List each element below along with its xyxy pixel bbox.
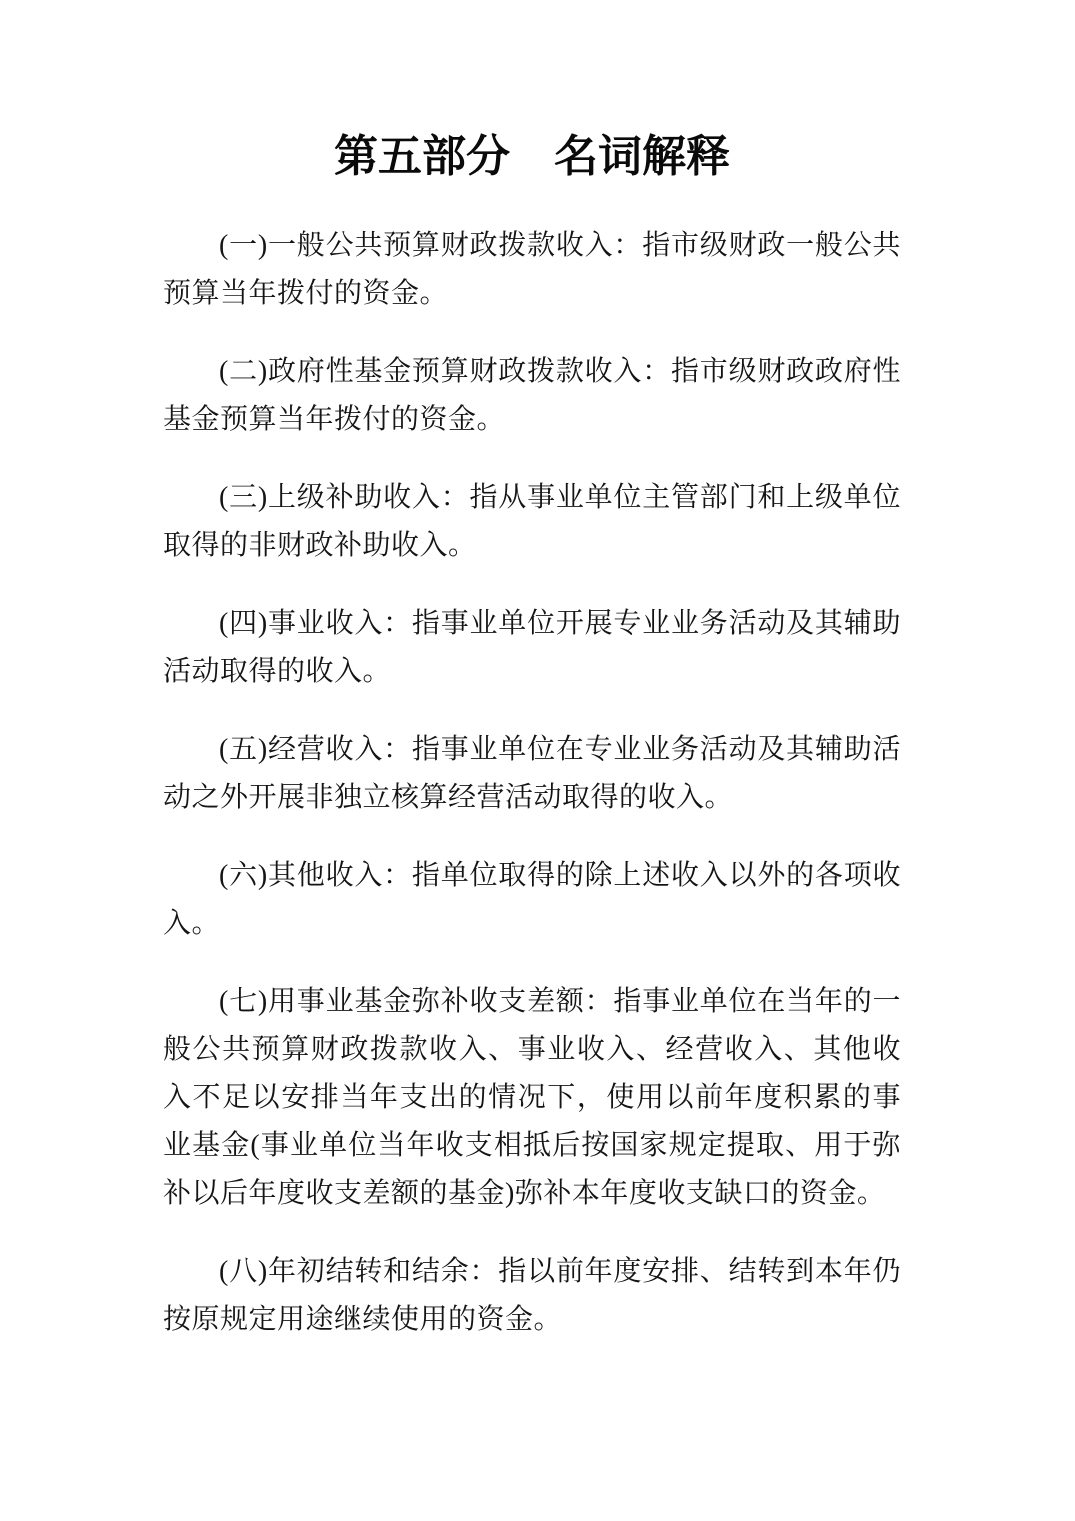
definition-paragraph-5: (五)经营收入：指事业单位在专业业务活动及其辅助活动之外开展非独立核算经营活动取… xyxy=(163,726,901,822)
definition-paragraph-7: (七)用事业基金弥补收支差额：指事业单位在当年的一般公共预算财政拨款收入、事业收… xyxy=(163,978,901,1218)
definition-paragraph-8: (八)年初结转和结余：指以前年度安排、结转到本年仍按原规定用途继续使用的资金。 xyxy=(163,1248,901,1344)
document-title: 第五部分 名词解释 xyxy=(163,130,901,184)
document-content: 第五部分 名词解释 (一)一般公共预算财政拨款收入：指市级财政一般公共预算当年拨… xyxy=(163,0,901,1344)
definitions-list: (一)一般公共预算财政拨款收入：指市级财政一般公共预算当年拨付的资金。 (二)政… xyxy=(163,222,901,1344)
document-page: 第五部分 名词解释 (一)一般公共预算财政拨款收入：指市级财政一般公共预算当年拨… xyxy=(0,0,1075,1521)
definition-paragraph-2: (二)政府性基金预算财政拨款收入：指市级财政政府性基金预算当年拨付的资金。 xyxy=(163,348,901,444)
definition-paragraph-4: (四)事业收入：指事业单位开展专业业务活动及其辅助活动取得的收入。 xyxy=(163,600,901,696)
definition-paragraph-3: (三)上级补助收入：指从事业单位主管部门和上级单位取得的非财政补助收入。 xyxy=(163,474,901,570)
definition-paragraph-6: (六)其他收入：指单位取得的除上述收入以外的各项收入。 xyxy=(163,852,901,948)
definition-paragraph-1: (一)一般公共预算财政拨款收入：指市级财政一般公共预算当年拨付的资金。 xyxy=(163,222,901,318)
